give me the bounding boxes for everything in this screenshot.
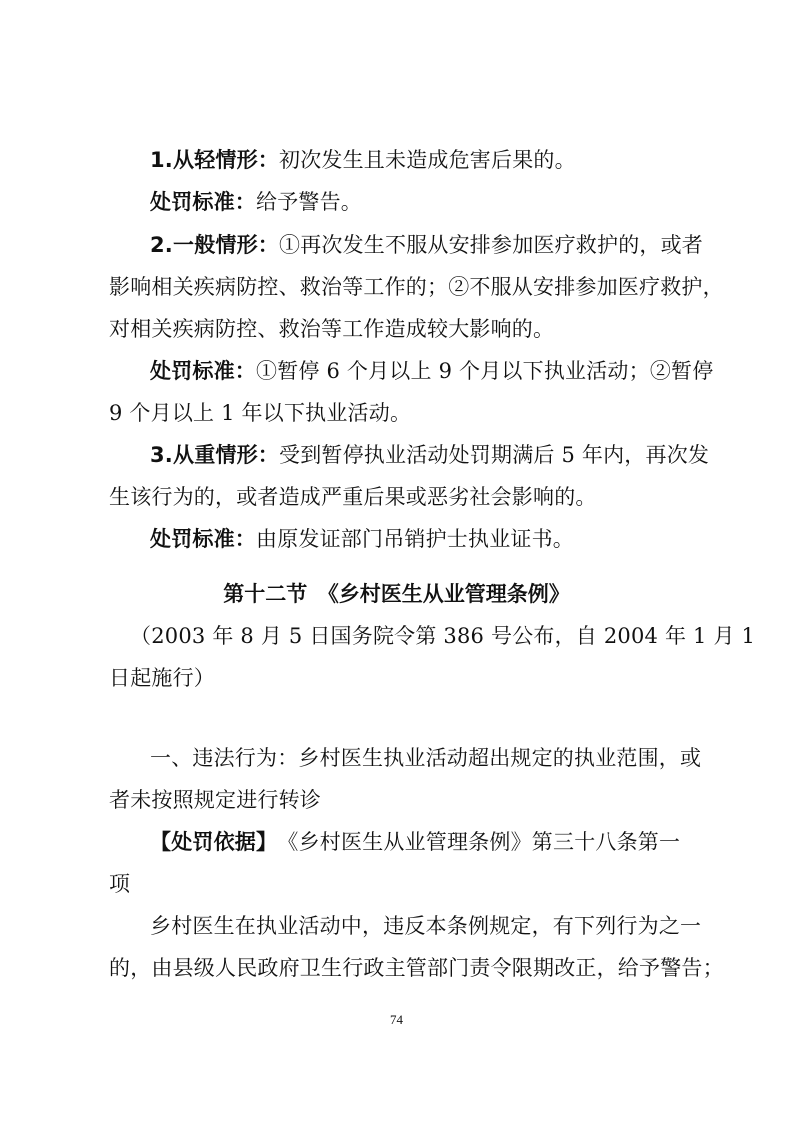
paragraph-severe-penalty: 处罚标准：由原发证部门吊销护士执业证书。 <box>150 527 730 551</box>
paragraph-mild-case: 1.从轻情形：初次发生且未造成危害后果的。 <box>150 148 730 172</box>
penalty-basis: 【处罚依据】 《乡村医生从业管理条例》第三十八条第一 <box>150 830 730 854</box>
paragraph-general-case: 2.一般情形：①再次发生不服从安排参加医疗救护的，或者 <box>150 233 730 257</box>
violation-line2: 者未按照规定进行转诊 <box>109 788 689 812</box>
paragraph-general-penalty-line2: 9 个月以上 1 年以下执业活动。 <box>109 401 689 425</box>
paragraph-general-case-line2: 影响相关疾病防控、救治等工作的；②不服从安排参加医疗救护， <box>109 275 689 299</box>
paragraph-general-penalty: 处罚标准：①暂停 6 个月以上 9 个月以下执业活动；②暂停 <box>150 359 730 383</box>
article-line1: 乡村医生在执业活动中，违反本条例规定，有下列行为之一 <box>150 914 730 938</box>
paragraph-severe-case-line2: 生该行为的，或者造成严重后果或恶劣社会影响的。 <box>109 485 689 509</box>
article-line2: 的，由县级人民政府卫生行政主管部门责令限期改正，给予警告； <box>109 956 689 980</box>
paragraph-mild-penalty: 处罚标准：给予警告。 <box>150 190 730 214</box>
penalty-basis-line2: 项 <box>109 872 689 896</box>
promulgation-line1: （2003 年 8 月 5 日国务院令第 386 号公布，自 2004 年 1 … <box>130 624 710 648</box>
paragraph-severe-case: 3.从重情形：受到暂停执业活动处罚期满后 5 年内，再次发 <box>150 443 730 467</box>
promulgation-line2: 日起施行） <box>109 666 689 690</box>
violation-line1: 一、违法行为：乡村医生执业活动超出规定的执业范围，或 <box>150 746 730 770</box>
paragraph-general-case-line3: 对相关疾病防控、救治等工作造成较大影响的。 <box>109 317 689 341</box>
section-heading: 第十二节 《乡村医生从业管理条例》 <box>0 582 793 606</box>
page-number: 74 <box>0 1012 793 1028</box>
